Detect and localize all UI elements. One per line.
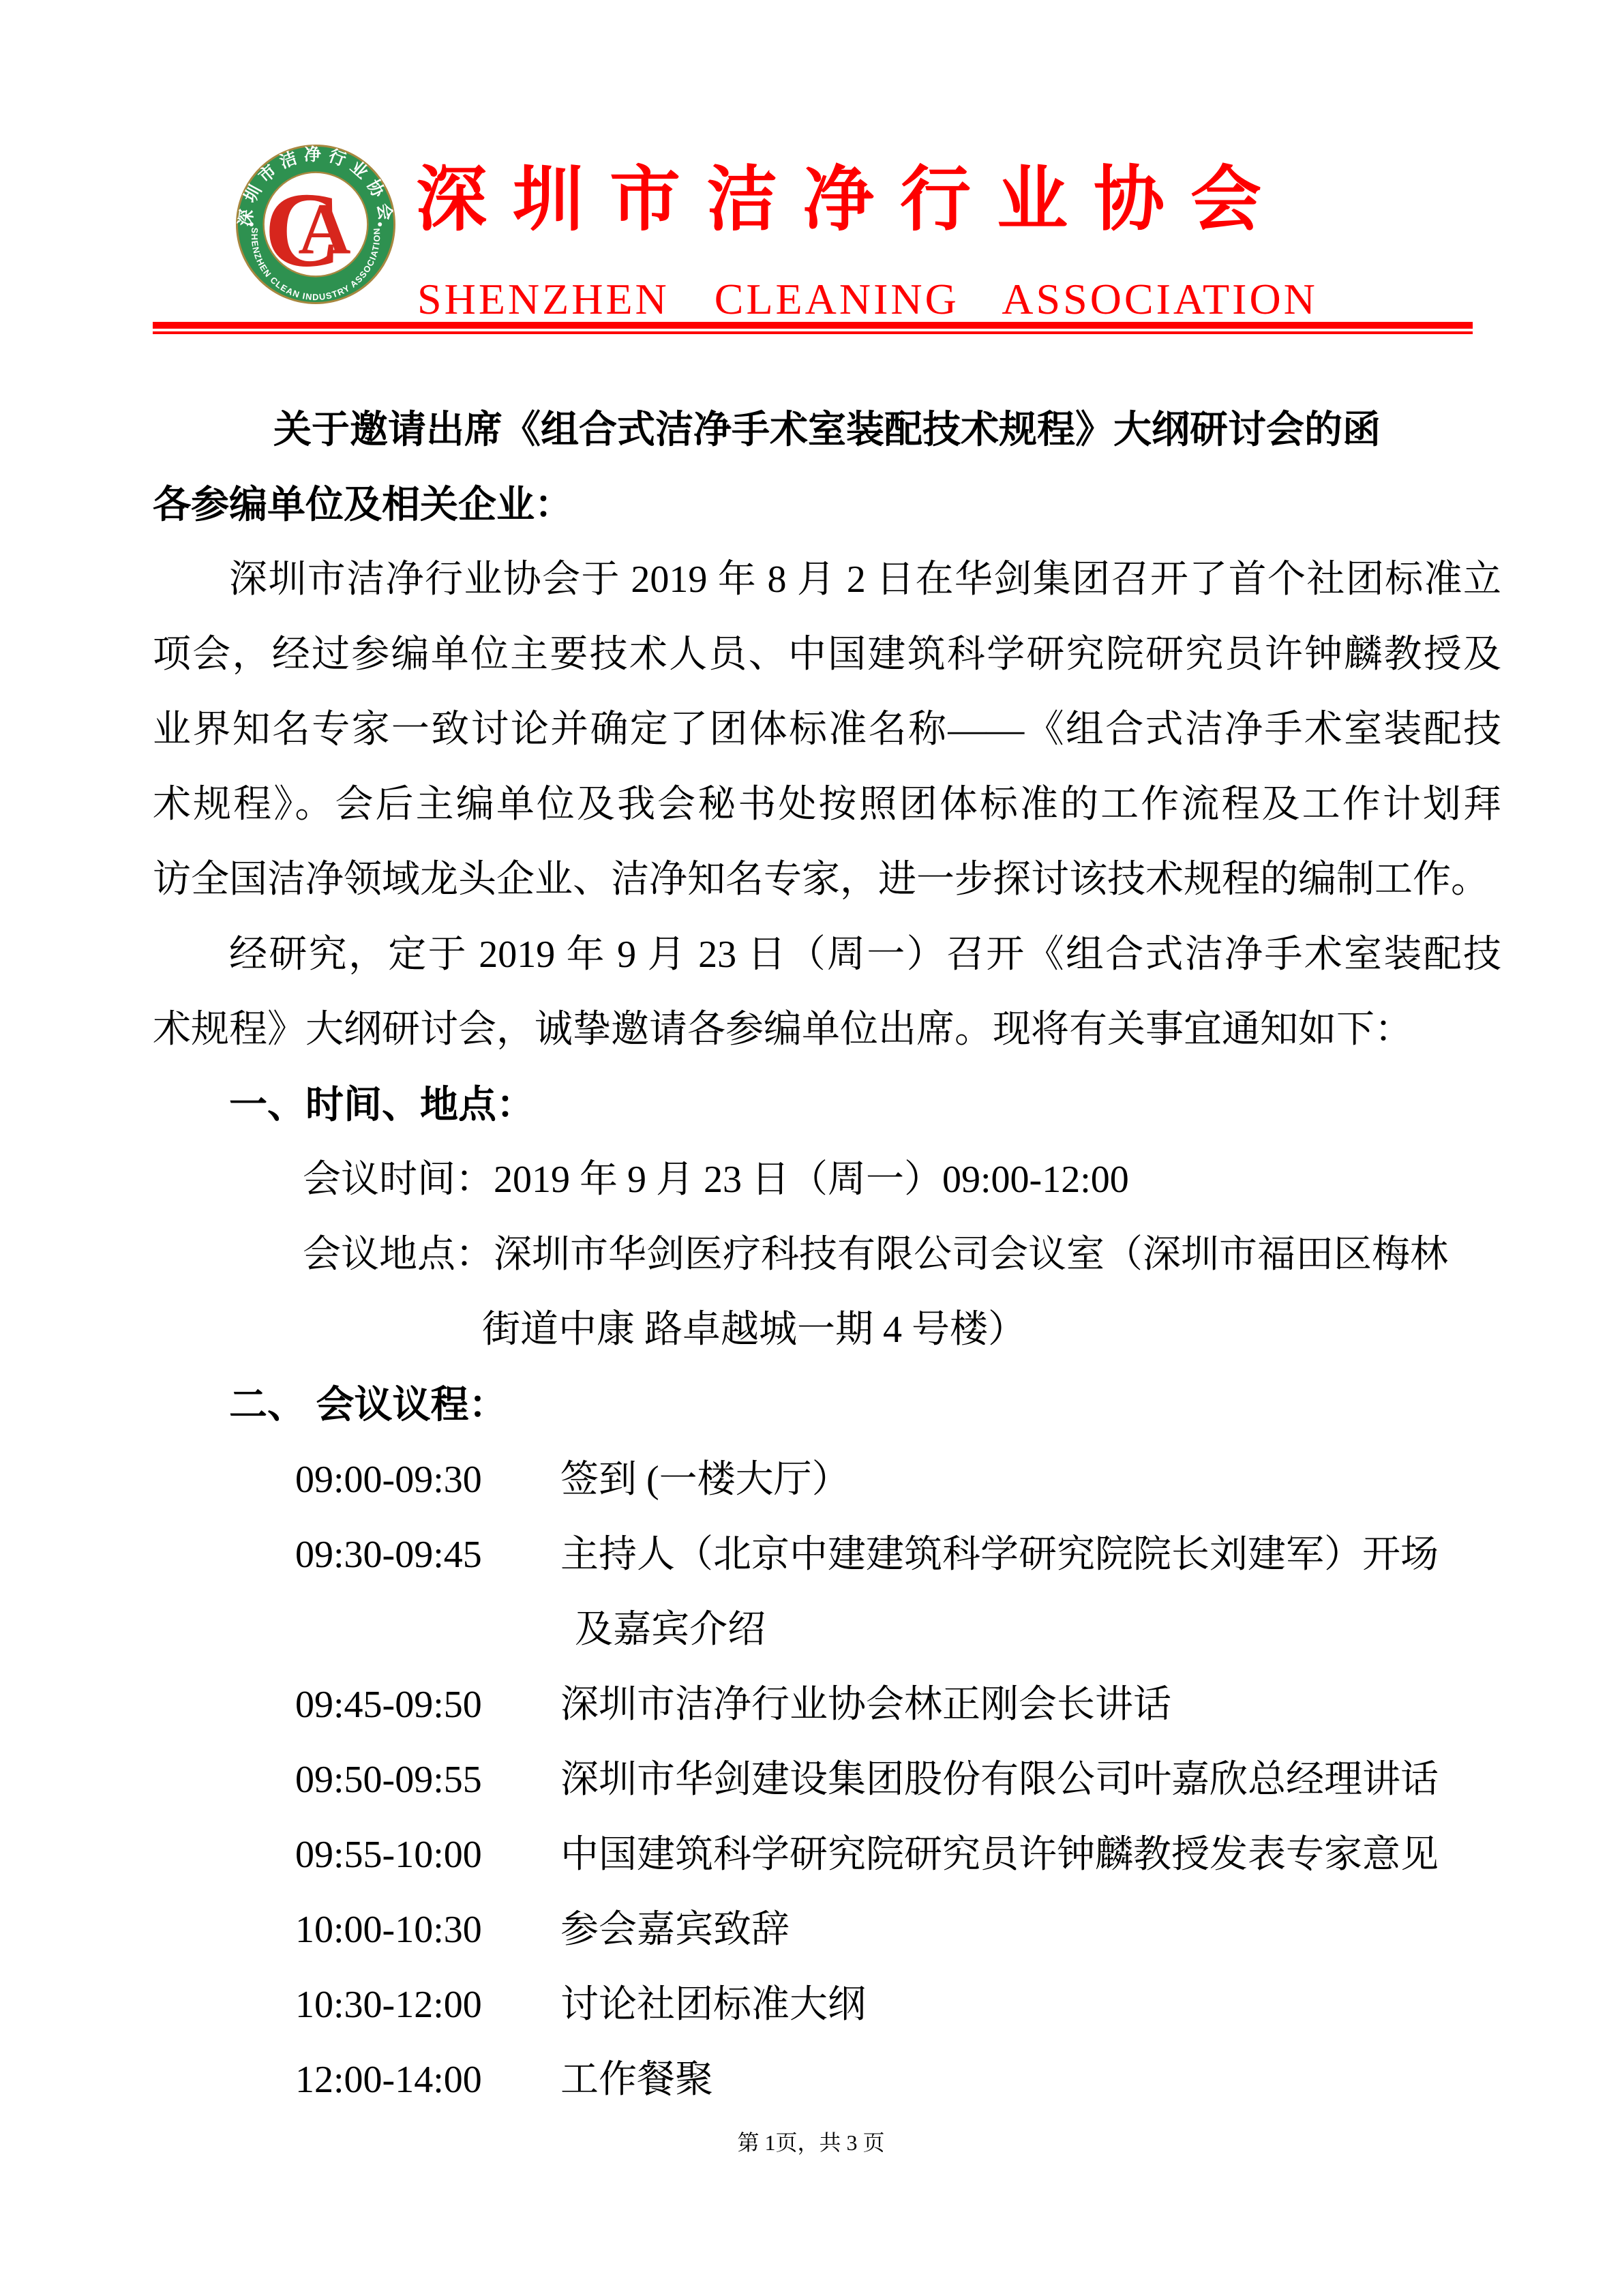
section-heading-time-place: 一、时间、地点： [153,1067,1501,1142]
agenda-item-text: 签到 (一楼大厅） [560,1442,1501,1517]
meeting-place-line-1: 会议地点：深圳市华剑医疗科技有限公司会议室（深圳市福田区梅林 [153,1217,1501,1292]
agenda-item: 工作餐聚 [560,2042,1501,2117]
seal-left-dot [250,222,254,226]
agenda-item: 签到 (一楼大厅） [560,1442,1501,1517]
salutation: 各参编单位及相关企业： [153,467,1501,542]
paragraph-2: 经研究，定于 2019 年 9 月 23 日（周一）召开《组合式洁净手术室装配技… [153,917,1501,1067]
agenda-time: 09:45-09:50 [153,1667,560,1742]
paragraph-line: 术规程》大纲研讨会，诚挚邀请各参编单位出席。现将有关事宜通知如下： [153,992,1501,1067]
association-seal-logo: 深圳市洁净行业协会 SHENZHEN CLEAN INDUSTRY ASSOCI… [235,143,397,305]
agenda-item-text: 工作餐聚 [560,2042,1501,2117]
agenda-row: 10:30-12:00讨论社团标准大纲 [153,1967,1501,2042]
page-number-footer: 第 1页，共 3 页 [0,2126,1622,2159]
agenda-row: 10:00-10:30参会嘉宾致辞 [153,1892,1501,1967]
document-title: 关于邀请出席《组合式洁净手术室装配技术规程》大纲研讨会的函 [153,392,1501,467]
paragraph-line: 访全国洁净领域龙头企业、洁净知名专家，进一步探讨该技术规程的编制工作。 [153,842,1501,917]
letter-page: 深圳市洁净行业协会 SHENZHEN CLEAN INDUSTRY ASSOCI… [0,0,1622,2296]
agenda-item-text: 主持人（北京中建建筑科学研究院院长刘建军）开场 [560,1517,1501,1592]
agenda-time: 10:00-10:30 [153,1892,560,1967]
agenda-row: 09:45-09:50深圳市洁净行业协会林正刚会长讲话 [153,1667,1501,1742]
agenda-item-text: 深圳市华剑建设集团股份有限公司叶嘉欣总经理讲话 [560,1742,1501,1817]
agenda-time: 09:55-10:00 [153,1817,560,1892]
section-heading-agenda: 二、 会议议程： [153,1367,1501,1442]
agenda-item: 参会嘉宾致辞 [560,1892,1501,1967]
agenda-item: 讨论社团标准大纲 [560,1967,1501,2042]
agenda-item-text: 深圳市洁净行业协会林正刚会长讲话 [560,1667,1501,1742]
paragraph-1: 深圳市洁净行业协会于 2019 年 8 月 2 日在华剑集团召开了首个社团标准立… [153,542,1501,917]
letter-body: 关于邀请出席《组合式洁净手术室装配技术规程》大纲研讨会的函 各参编单位及相关企业… [153,392,1501,2117]
org-name-english: SHENZHEN CLEANING ASSOCIATION [417,275,1304,323]
letterhead-divider-thin [153,331,1473,334]
agenda-item: 深圳市华剑建设集团股份有限公司叶嘉欣总经理讲话 [560,1742,1501,1817]
agenda-time: 12:00-14:00 [153,2042,560,2117]
agenda-item-text: 参会嘉宾致辞 [560,1892,1501,1967]
agenda-row: 09:30-09:45主持人（北京中建建筑科学研究院院长刘建军）开场及嘉宾介绍 [153,1517,1501,1667]
agenda-list: 09:00-09:30签到 (一楼大厅）09:30-09:45主持人（北京中建建… [153,1442,1501,2117]
meeting-time-line: 会议时间：2019 年 9 月 23 日（周一）09:00-12:00 [153,1142,1501,1217]
agenda-row: 12:00-14:00工作餐聚 [153,2042,1501,2117]
paragraph-line: 术规程》。会后主编单位及我会秘书处按照团体标准的工作流程及工作计划拜 [153,767,1501,842]
agenda-item: 中国建筑科学研究院研究员许钟麟教授发表专家意见 [560,1817,1501,1892]
seal-monogram-a: A [298,190,350,270]
meeting-place-line-2: 街道中康 路卓越城一期 4 号楼） [153,1292,1501,1367]
agenda-row: 09:50-09:55深圳市华剑建设集团股份有限公司叶嘉欣总经理讲话 [153,1742,1501,1817]
agenda-time: 09:00-09:30 [153,1442,560,1517]
agenda-row: 09:55-10:00中国建筑科学研究院研究员许钟麟教授发表专家意见 [153,1817,1501,1892]
agenda-time: 10:30-12:00 [153,1967,560,2042]
paragraph-line: 业界知名专家一致讨论并确定了团体标准名称——《组合式洁净手术室装配技 [153,692,1501,767]
agenda-row: 09:00-09:30签到 (一楼大厅） [153,1442,1501,1517]
letterhead-divider-thick [153,322,1473,329]
paragraph-line: 深圳市洁净行业协会于 2019 年 8 月 2 日在华剑集团召开了首个社团标准立 [153,542,1501,617]
agenda-item-continuation: 及嘉宾介绍 [575,1592,1501,1667]
agenda-item-text: 讨论社团标准大纲 [560,1967,1501,2042]
agenda-time: 09:50-09:55 [153,1742,560,1817]
org-name-chinese: 深圳市洁净行业协会 [416,159,1370,241]
seal-right-dot [378,222,382,226]
agenda-item: 深圳市洁净行业协会林正刚会长讲话 [560,1667,1501,1742]
paragraph-line: 项会，经过参编单位主要技术人员、中国建筑科学研究院研究员许钟麟教授及 [153,617,1501,692]
agenda-item-text: 中国建筑科学研究院研究员许钟麟教授发表专家意见 [560,1817,1501,1892]
agenda-time: 09:30-09:45 [153,1517,560,1592]
agenda-item: 主持人（北京中建建筑科学研究院院长刘建军）开场及嘉宾介绍 [560,1517,1501,1667]
paragraph-line: 经研究，定于 2019 年 9 月 23 日（周一）召开《组合式洁净手术室装配技 [153,917,1501,992]
